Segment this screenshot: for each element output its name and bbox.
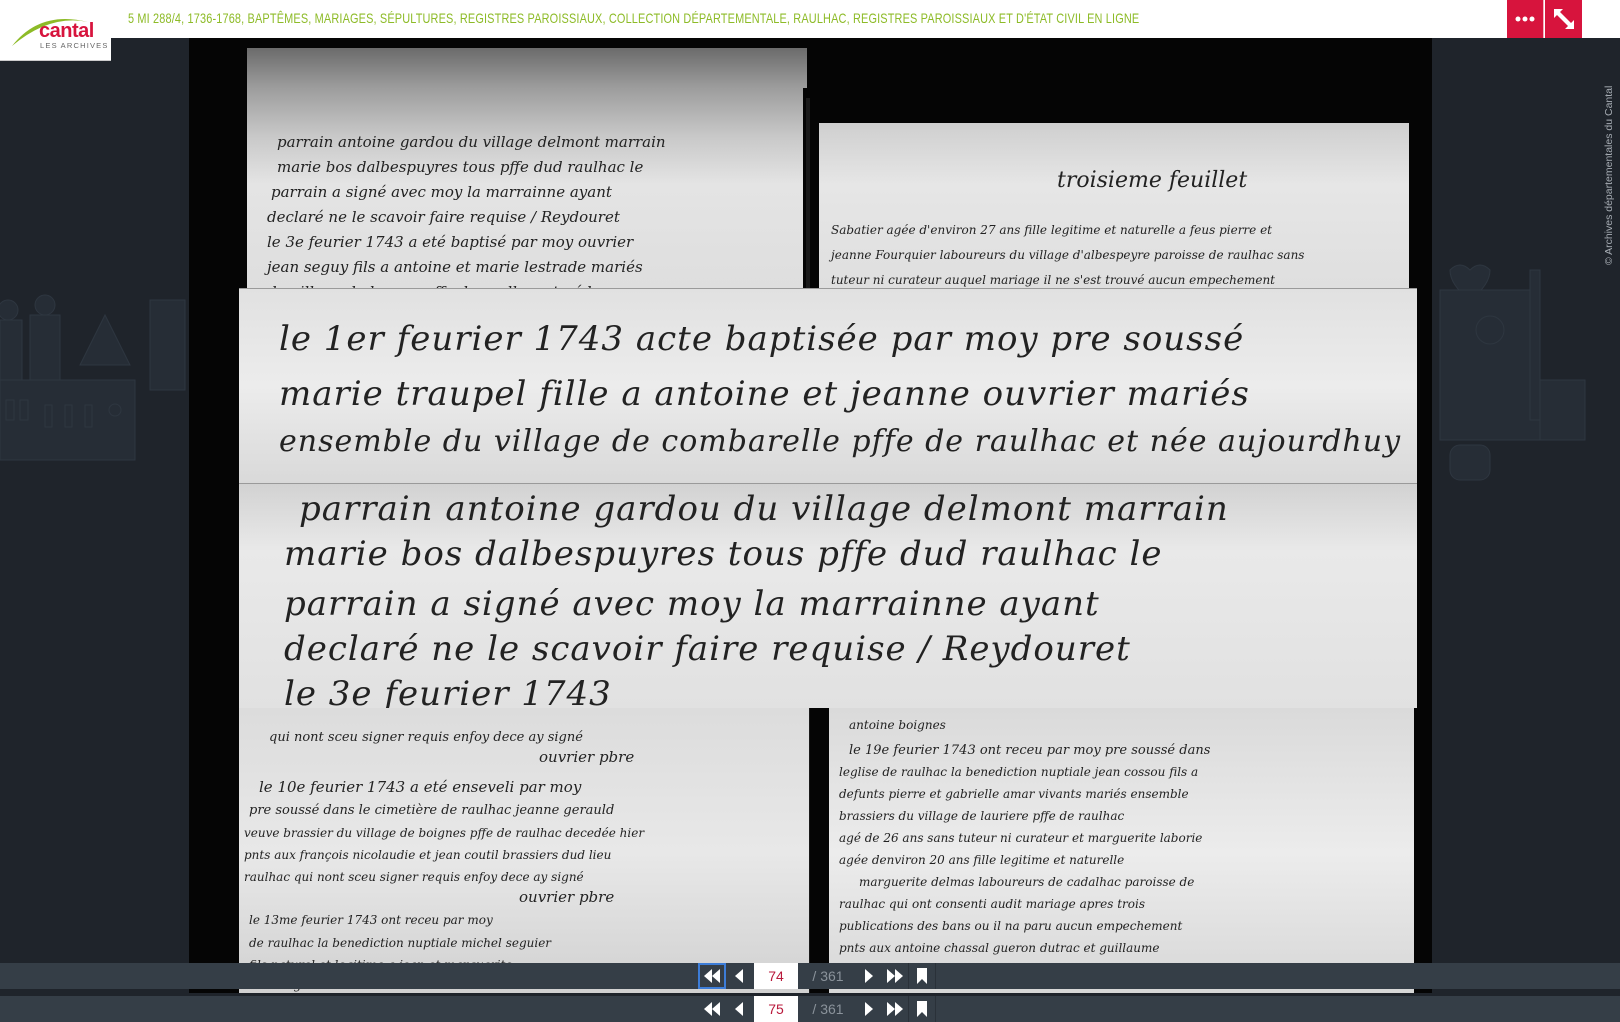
next-page-button[interactable] xyxy=(856,996,882,1022)
next-page-button[interactable] xyxy=(856,963,882,989)
background-illustration-right-icon xyxy=(1430,250,1590,490)
previous-page-button[interactable] xyxy=(726,963,752,989)
magnified-line: marie traupel fille a antoine et jeanne … xyxy=(279,374,1250,414)
handwritten-line: pre soussé dans le cimetière de raulhac … xyxy=(249,803,614,818)
page-bottom-right: antoine boignes le 19e feurier 1743 ont … xyxy=(829,708,1414,993)
archive-viewer: 5 MI 288/4, 1736-1768, BAPTÊMES, MARIAGE… xyxy=(0,0,1620,1022)
page-navigator-primary: / 361 xyxy=(0,963,1620,989)
magnified-line: parrain antoine gardou du village delmon… xyxy=(299,489,1229,529)
magnified-line: marie bos dalbespuyres tous pffe dud rau… xyxy=(284,534,1163,574)
double-chevron-left-icon xyxy=(703,969,721,983)
handwritten-line: le 19e feurier 1743 ont receu par moy pr… xyxy=(849,743,1210,758)
handwritten-line: defunts pierre et gabrielle amar vivants… xyxy=(839,787,1189,801)
handwritten-line: agée denviron 20 ans fille legitime et n… xyxy=(839,853,1124,867)
page-top-edge xyxy=(247,48,807,88)
magnifier-strip-lower[interactable]: parrain antoine gardou du village delmon… xyxy=(239,483,1417,708)
magnified-line: ensemble du village de combarelle pffe d… xyxy=(279,424,1401,459)
double-chevron-left-icon xyxy=(703,1002,721,1016)
divider xyxy=(935,963,936,989)
handwritten-line: leglise de raulhac la benediction nuptia… xyxy=(839,765,1198,779)
handwritten-line: parrain antoine gardou du village delmon… xyxy=(277,133,666,151)
document-title: 5 MI 288/4, 1736-1768, BAPTÊMES, MARIAGE… xyxy=(128,10,1139,26)
triangle-left-icon xyxy=(734,1002,744,1016)
handwritten-line: brassiers du village de lauriere pffe de… xyxy=(839,809,1124,823)
cantal-archives-logo[interactable]: cantal LES ARCHIVES xyxy=(0,0,111,60)
page-total: / 361 xyxy=(800,968,856,984)
handwritten-line: declaré ne le scavoir faire requise / Re… xyxy=(267,208,620,226)
page-number-input[interactable] xyxy=(754,996,798,1022)
copyright-notice: © Archives départementales du Cantal xyxy=(1603,86,1615,265)
handwritten-line: raulhac qui nont sceu signer requis enfo… xyxy=(244,870,584,884)
handwritten-line: tuteur ni curateur auquel mariage il ne … xyxy=(831,273,1275,287)
magnified-line: declaré ne le scavoir faire requise / Re… xyxy=(284,629,1131,669)
triangle-right-icon xyxy=(864,1002,874,1016)
ellipsis-icon xyxy=(1515,16,1535,22)
expand-arrows-icon xyxy=(1553,8,1575,30)
page-bottom-left: qui nont sceu signer requis enfoy dece a… xyxy=(239,708,809,993)
logo-brand-text: cantal xyxy=(39,21,94,41)
bookmark-icon xyxy=(917,968,927,984)
handwritten-line: le 13me feurier 1743 ont receu par moy xyxy=(249,913,493,927)
magnifier-strip-upper[interactable]: le 1er feurier 1743 acte baptisée par mo… xyxy=(239,288,1417,483)
handwritten-line: pnts aux antoine chassal gueron dutrac e… xyxy=(839,941,1160,955)
page-total: / 361 xyxy=(800,1001,856,1017)
previous-page-button[interactable] xyxy=(726,996,752,1022)
first-page-button[interactable] xyxy=(698,963,726,989)
logo-subtitle-text: LES ARCHIVES xyxy=(40,41,109,50)
document-scan-viewport[interactable]: parrain antoine gardou du village delmon… xyxy=(189,38,1432,993)
page-navigator-secondary: / 361 xyxy=(0,996,1620,1022)
handwritten-line: antoine boignes xyxy=(849,718,946,732)
top-bar: 5 MI 288/4, 1736-1768, BAPTÊMES, MARIAGE… xyxy=(0,0,1620,38)
page-number-input[interactable] xyxy=(754,963,798,989)
fullscreen-button[interactable] xyxy=(1545,0,1582,38)
handwritten-line: ouvrier pbre xyxy=(519,888,614,906)
handwritten-line: de raulhac la benediction nuptiale miche… xyxy=(249,936,551,950)
divider xyxy=(935,996,936,1022)
handwritten-line: publications des bans ou il na paru aucu… xyxy=(839,919,1182,933)
last-page-button[interactable] xyxy=(882,963,908,989)
handwritten-line: jean seguy fils a antoine et marie lestr… xyxy=(267,258,643,276)
handwritten-line: qui nont sceu signer requis enfoy dece a… xyxy=(269,730,583,745)
triangle-left-icon xyxy=(734,969,744,983)
handwritten-line: le 3e feurier 1743 a eté baptisé par moy… xyxy=(267,233,633,251)
handwritten-line: ouvrier pbre xyxy=(539,748,634,766)
last-page-button[interactable] xyxy=(882,996,908,1022)
magnified-line: parrain a signé avec moy la marrainne ay… xyxy=(284,584,1100,624)
handwritten-line: jeanne Fourquier laboureurs du village d… xyxy=(831,248,1304,262)
handwritten-line: marie bos dalbespuyres tous pffe dud rau… xyxy=(277,158,643,176)
triangle-right-icon xyxy=(864,969,874,983)
bookmark-button[interactable] xyxy=(909,996,935,1022)
magnified-line: le 1er feurier 1743 acte baptisée par mo… xyxy=(279,319,1244,359)
handwritten-line: agé de 26 ans sans tuteur ni curateur et… xyxy=(839,831,1202,845)
page-heading-handwritten: troisieme feuillet xyxy=(1057,168,1247,193)
background-illustration-left-icon xyxy=(0,270,190,470)
magnified-line: le 3e feurier 1743 xyxy=(284,674,612,708)
handwritten-line: Sabatier agée d'environ 27 ans fille leg… xyxy=(831,223,1272,237)
handwritten-line: parrain a signé avec moy la marrainne ay… xyxy=(271,183,612,201)
bookmark-icon xyxy=(917,1001,927,1017)
handwritten-line: marguerite delmas laboureurs de cadalhac… xyxy=(859,875,1194,889)
more-options-button[interactable] xyxy=(1507,0,1544,38)
double-chevron-right-icon xyxy=(886,1002,904,1016)
first-page-button[interactable] xyxy=(698,996,726,1022)
handwritten-line: veuve brassier du village de boignes pff… xyxy=(244,826,644,840)
handwritten-line: pnts aux françois nicolaudie et jean cou… xyxy=(244,848,611,862)
handwritten-line: le 10e feurier 1743 a eté enseveli par m… xyxy=(259,778,581,796)
handwritten-line: raulhac qui ont consenti audit mariage a… xyxy=(839,897,1145,911)
bookmark-button[interactable] xyxy=(909,963,935,989)
double-chevron-right-icon xyxy=(886,969,904,983)
